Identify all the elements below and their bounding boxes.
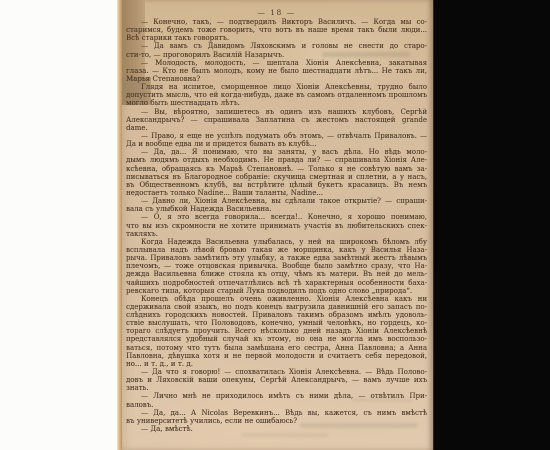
text-line: слѣднихъ городскихъ новостей. Приваловъ … [126,311,427,319]
text-line: ваться, потому что тутъ была замѣшана ег… [126,344,427,352]
text-line: — Молодость, молодость, — шептала Хіонія… [126,59,427,67]
text-line: въ Общественномъ клубѣ, вы встрѣтите цѣл… [126,181,427,189]
show-through-smudge [352,398,412,402]
text-line: писываться въ Благородное собраніе: скуч… [126,173,427,181]
book-scan: — 18 — — Конечно, такъ, — подтвердилъ Ви… [0,0,550,450]
text-line: сдерживала свой языкъ, но подъ конецъ вы… [126,303,427,311]
text-line: чайшихъ подробностей отпечатлѣлись всѣ т… [126,279,427,287]
page-number: — 18 — [126,8,427,18]
text-line: довъ и Ляховскій ваши опекуны, Сергѣй Ал… [126,376,427,384]
text-line: что вы изъ скромности не хотите принимат… [126,222,427,230]
text-line: — Давно ли, Хіонія Алексѣевна, вы сдѣлал… [126,197,427,205]
text-line: такляхъ. [126,230,427,238]
text-line: Когда Надежда Васильевна улыбалась, у не… [126,238,427,246]
text-line: Конецъ обѣда прошелъ очень оживленно. Хі… [126,295,427,303]
text-line: — Конечно, такъ, — подтвердилъ Викторъ В… [126,18,427,26]
text-line: — Право, я еще не успѣлъ подумать объ эт… [126,132,427,140]
text-block: — Конечно, такъ, — подтвердилъ Викторъ В… [126,18,427,433]
show-through-smudge [322,52,410,57]
text-line: Павловна, дѣвушка хотя и не первой молод… [126,352,427,360]
text-line: — Да что я говорю! — спохватилась Хіонія… [126,368,427,376]
show-through-smudge [300,423,418,428]
text-line: ревскаго типа, которыя старый Лука подво… [126,287,427,295]
text-line: но... и т. д., и т. д. [126,360,427,368]
text-line: — Да, да... А Nicolas Веревкинъ... Вѣдь … [126,409,427,417]
text-line: — О, я это всегда говорила... всегда!.. … [126,213,427,221]
text-line: дежда Васильевна ближе стояла къ отцу, ч… [126,270,427,278]
text-line: ксѣевна, обращаясь къ Марьѣ Степановнѣ. … [126,165,427,173]
text-line: рыча. Приваловъ замѣтилъ эту улыбку, а т… [126,254,427,262]
text-line: вала съ улыбкой Надежда Васильевна. [126,205,427,213]
text-line: Александрычъ? — спрашивала Заплатина съ … [126,116,427,124]
text-line: Марья Степановна? [126,75,427,83]
text-line: глаза. — Кто не былъ молодъ, кому не был… [126,67,427,75]
text-line: — Вы, вѣроятно, запишетесь въ одинъ изъ … [126,108,427,116]
show-through-smudge [242,433,328,437]
text-line: dame. [126,124,427,132]
scan-dark-background [433,0,550,450]
text-line: представлялся удобный случай къ этому, н… [126,335,427,343]
text-line: всплывала надъ лѣвой бровью такая же мор… [126,246,427,254]
text-line: недостаетъ только Nadine... Ваши таланты… [126,189,427,197]
text-line: — Да вамъ съ Давидомъ Ляховскимъ и голов… [126,42,427,50]
text-line: Всѣ старики такъ говорятъ. [126,34,427,42]
text-line: могло быть шестнадцать лѣтъ. [126,99,427,107]
text-line: дымъ людямъ отдыхъ необходимъ. Не правда… [126,156,427,164]
